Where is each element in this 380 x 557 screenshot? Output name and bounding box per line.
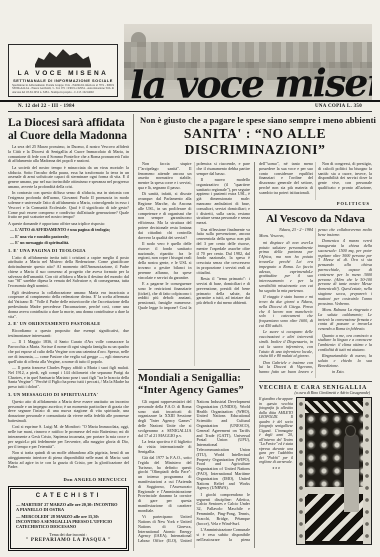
article-paragraph: Ricordiamo a questo proposito due esempi… [8, 329, 129, 339]
letter-paragraph: Quanto a me, ora comincio a studiare la … [318, 334, 372, 353]
vecchia-section: Il giardino che appare in questa vecchia… [259, 397, 372, 545]
mondiali-headline-line2: “Inter Agency Games” [138, 385, 244, 396]
article-paragraph: La festa sportiva è il biglietto da visi… [138, 440, 192, 454]
right-subcolumn: dell'"uomo", né tanto meno possedere la … [255, 162, 372, 548]
article-paragraph: La società del nostro tempo è minacciata… [8, 166, 129, 190]
letter-paragraph: Mons. Rubuna La ringrazia e La saluta ca… [318, 308, 372, 332]
catechisti-title: CATECHISTI [14, 493, 123, 499]
issue-number: N. 12 del 22 - III - 1984 [18, 104, 75, 109]
letter-paragraph: in Xsto. [318, 370, 372, 375]
logo-title: LA VOCE MISENA [12, 70, 114, 77]
article-paragraph: Non si tratta quindi di un molle abbando… [8, 451, 129, 470]
article-paragraph: Il nuovo modello organizzativo (il "quar… [197, 178, 251, 226]
photo-caption-text: Il giardino che appare in questa vecchia… [259, 397, 293, 464]
article-paragraph: — Il 1 Maggio 1836, il Santo Curato d'Ar… [8, 340, 129, 364]
article-paragraph: A queste domande è opportuno offrire una… [8, 222, 129, 227]
article-paragraph: Così si esprime S. Luigi M. de Montfort:… [8, 425, 129, 449]
article-paragraph: Gli organi rappresentativi del personale… [138, 400, 192, 438]
article-paragraph: Una riflessione finalmente va fatta sull… [197, 228, 251, 276]
newspaper-title: la voce misena [130, 60, 372, 100]
article-paragraph: 1. E' UNA PAGINA DI TEOLOGIA [8, 249, 129, 254]
person-head [345, 425, 356, 437]
author-signature: Don ANGELO MENCUCCI [8, 477, 127, 482]
article-paragraph: Resta il "tema primario": i servizi di b… [197, 277, 251, 306]
catechisti-item: — MERCOLEDI' 28 MARZO alle ore 15,30: IN… [16, 514, 121, 530]
article-paragraph: L'atto di affidamento invita tutti i cri… [8, 256, 129, 290]
letter-paragraph: mi dispiace di non averLa potuto salutar… [259, 241, 313, 294]
mondiali-headline-line1: Mondiali a Senigallia: [138, 373, 241, 384]
letter-paragraph: Ndava, 23 - 2 - 1984 [259, 228, 313, 233]
left-article-body: La sera del 25 Marzo prossimo, in Duomo,… [8, 145, 129, 475]
section-divider [138, 369, 250, 370]
dateline: N. 12 del 22 - III - 1984 UNA COPIA L. 3… [8, 102, 372, 112]
letter-paragraph: Domenica 4 marzo verrà inaugurata la chi… [318, 239, 372, 306]
article-paragraph: Egli desiderava la collaborazione umana:… [8, 291, 129, 320]
sanita-headline: SANITA' : “NO ALLE DISCRIMINAZIONI” [138, 126, 372, 158]
logo-fineprint: Spedizione in Abbonamento Postale Gruppo… [12, 84, 114, 95]
article-paragraph: I giochi comprendono le seguenti discipl… [197, 493, 251, 527]
article-paragraph: dell'"uomo", né tanto meno possedere la … [259, 162, 313, 196]
letter-paragraph: Le suore si occupano delle vaccinazioni … [259, 330, 313, 359]
caption-footer: * * * [259, 467, 293, 472]
logo-emblem-image [35, 48, 91, 68]
article-paragraph: In contrasto con questo diffuso senso di… [8, 191, 129, 220]
catechisti-tema-label: Tema dei due incontri : [14, 532, 123, 537]
ndava-headline: Al Vescovo da Ndava [259, 213, 372, 225]
article-paragraph: La sera del 25 Marzo prossimo, in Duomo,… [8, 145, 129, 164]
publisher-info-box: LA VOCE MISENA SETTIMANALE DI INFORMAZIO… [8, 44, 118, 98]
page-content: La Diocesi sarà affidata al Cuore della … [0, 112, 380, 551]
catechisti-notice-box: CATECHISTI — MARTEDI' 27 MARZO alle ore … [8, 486, 129, 551]
left-article-title-line2: al Cuore della Madonna [8, 130, 127, 142]
article-paragraph: Questo atto di affidamento a Maria deve … [8, 400, 129, 424]
catechisti-item: — MARTEDI' 27 MARZO alle ore 20,30: INCO… [16, 502, 121, 512]
article-paragraph: 3. UN MESSAGGIO DI SPIRITUALITA' [8, 393, 129, 398]
middle-subcolumn: Non faccia stupire l'"arcipelago sanità"… [138, 162, 255, 548]
copy-price: UNA COPIA L. 350 [315, 104, 362, 109]
photo-pillar-right [363, 398, 371, 544]
zigzag-border-top [305, 401, 363, 413]
masthead-section: LA VOCE MISENA SETTIMANALE DI INFORMAZIO… [0, 24, 380, 102]
article-paragraph: Il nodo vero è quello delle risorse: il … [138, 242, 192, 280]
sanita-article-body: Non faccia stupire l'"arcipelago sanità"… [138, 162, 250, 366]
article-paragraph: — E' un messaggio di spiritualità. [8, 241, 129, 246]
catechisti-tema: " PREPARIAMO LA PASQUA " [14, 538, 123, 543]
sanita-kicker: Non è giusto che a pagare le spese siano… [140, 115, 372, 125]
mondiali-article-body: Gli organi rappresentativi del personale… [138, 400, 250, 548]
catechisti-items: — MARTEDI' 27 MARZO alle ore 20,30: INCO… [14, 502, 123, 530]
article-paragraph: Non di congressi, di prestigio, di calco… [318, 162, 372, 200]
newspaper-front-page: LA VOCE MISENA SETTIMANALE DI INFORMAZIO… [0, 0, 380, 557]
sanita-article-continuation: dell'"uomo", né tanto meno possedere la … [259, 162, 372, 200]
article-paragraph: — Il poeta francese Charles Peguy affidò… [8, 366, 129, 390]
letter-paragraph: Il viaggio è stato buono e mi trovo da d… [259, 295, 313, 329]
person-figure [344, 434, 359, 512]
article-paragraph: — L'ATTO di AFFIDAMENTO è una pagina di … [8, 228, 129, 233]
article-paragraph: — E' una via e sussidio pastorale; [8, 235, 129, 240]
article-paragraph: Già dal 1977 la F.A.O., sotto l'egida de… [138, 456, 192, 514]
photo-caption: Il giardino che appare in questa vecchia… [259, 397, 293, 545]
logo-subtitle: SETTIMANALE DI INFORMAZIONE SOCIALE [12, 78, 114, 83]
article-paragraph: Di sanità, infatti, si discute ovunque: … [138, 192, 192, 240]
article-paragraph: Non faccia stupire l'"arcipelago sanità"… [138, 162, 192, 191]
left-article-title: La Diocesi sarà affidata al Cuore della … [8, 117, 129, 142]
photo-pillar-left [297, 398, 305, 544]
letter-paragraph: Mons. Vescovo, [259, 234, 313, 239]
letter-paragraph: Ringraziandola di nuovo, la saluto e chi… [318, 354, 372, 368]
section-divider [259, 381, 372, 382]
article-paragraph: 2. E' UN ORIENTAMENTO PASTORALE [8, 322, 129, 327]
city-panorama-photo: la voce misena [124, 24, 372, 100]
vecchia-subtitle: (a cura di Rino Girolimetti e Adrio Casa… [259, 391, 370, 395]
carnival-photo [296, 397, 372, 545]
left-article-title-line1: La Diocesi sarà affidata [8, 117, 125, 129]
section-divider [259, 209, 372, 210]
ndava-letter-body: Ndava, 23 - 2 - 1984Mons. Vescovo,mi dis… [259, 228, 372, 378]
left-column: La Diocesi sarà affidata al Cuore della … [8, 114, 134, 551]
politicus-signature: POLITICUS [259, 201, 370, 206]
mondiali-headline: Mondiali a Senigallia: “Inter Agency Gam… [138, 373, 250, 397]
main-column: Non è giusto che a pagare le spese siano… [134, 114, 372, 551]
